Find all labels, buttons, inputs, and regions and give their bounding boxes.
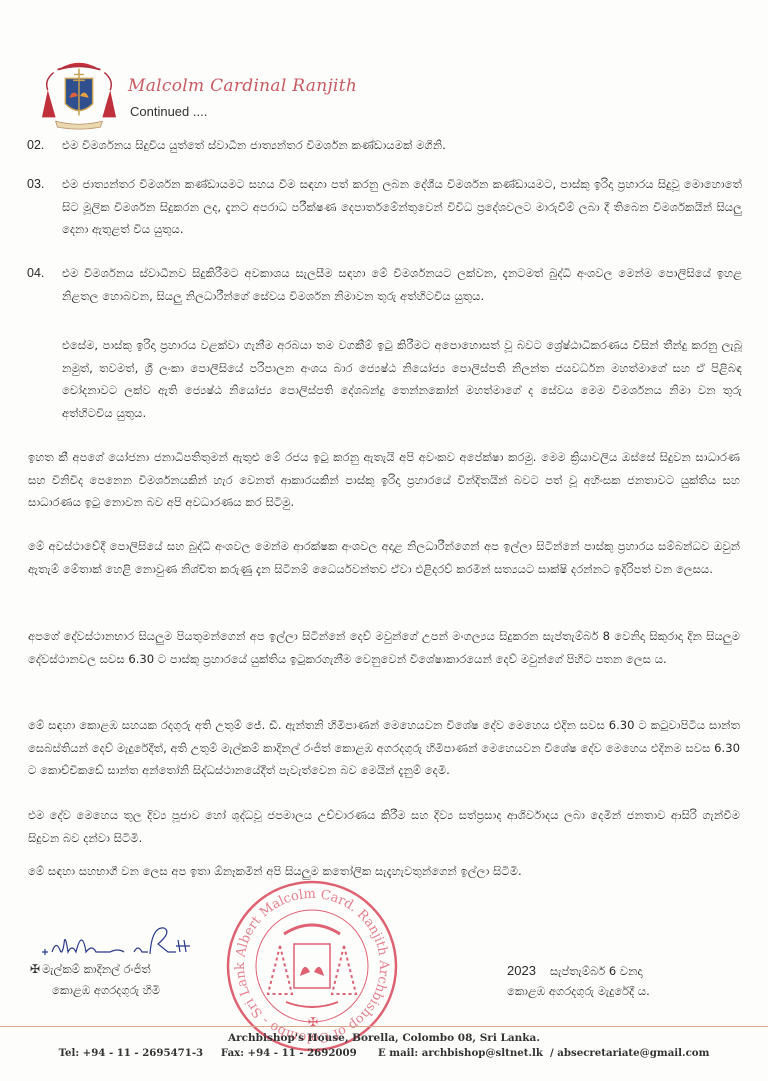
paragraph-suspension: එසේම, පාස්කු ඉරිදා ප්‍රහාරය වළක්වා ගැනීම…	[62, 334, 742, 424]
paragraph-clergy-appeal: අපගේ දේවස්ථානභාර සියලුම පියතුමන්ගෙන් අප …	[28, 625, 740, 670]
letter-place: කොළඹ අගරදගුරු මැදුරේදී ය.	[507, 984, 650, 999]
archbishop-seal-stamp-icon: Albert Malcolm Card. Ranjith Archbishop …	[222, 876, 402, 1056]
paragraph-officers-appeal: මේ අවස්ථාවේදී පොලිසියේ සහ බුද්ධි අංශවල ම…	[28, 535, 740, 580]
date-year: 2023	[507, 963, 536, 978]
footer-contact: Tel: +94 - 11 - 2695471-3 Fax: +94 - 11 …	[0, 1047, 768, 1059]
signatory-title: කොළඹ අගරදගුරු හිමි	[52, 983, 160, 998]
footer-fax: Fax: +94 - 11 - 2692009	[221, 1047, 357, 1059]
item-number: 04.	[27, 262, 44, 285]
item-04: 04. එම විමර්ශනය ස්වාධීනව සිදුකිරීමට අවකා…	[27, 262, 742, 307]
footer-email: E mail: archbishop@sltnet.lk / absecreta…	[378, 1047, 709, 1059]
item-number: 02.	[27, 134, 44, 157]
paragraph-service-details: එම දේව මෙහෙය තුල දිව්‍ය පූජාව හෝ ශුද්ධවූ…	[28, 804, 740, 849]
item-text: එම විමර්ශනය සිදුවිය යුත්තේ ස්වාධීන ජාත්‍…	[62, 134, 742, 157]
letter-page: Malcolm Cardinal Ranjith Continued .... …	[0, 0, 768, 1081]
item-number: 03.	[27, 173, 44, 196]
item-02: 02. එම විමර්ශනය සිදුවිය යුත්තේ ස්වාධීන ජ…	[27, 134, 742, 157]
item-text: එම විමර්ශනය ස්වාධීනව සිදුකිරීමට අවකාශය ස…	[62, 262, 742, 307]
handwritten-signature-icon	[38, 922, 198, 964]
paragraph-expectation: ඉහත කී අපගේ යෝජනා ජනාධිපතිතුමන් ඇතුළු මේ…	[28, 446, 740, 514]
footer-address: Archbishop's House, Borella, Colombo 08,…	[0, 1032, 768, 1044]
cross-icon: ✠	[30, 962, 40, 976]
coat-of-arms-icon	[40, 55, 118, 133]
paragraph-special-mass: මේ සඳහා කොළඹ සහයක රදගුරු අති උතුම් ජේ. ඩ…	[28, 714, 740, 782]
item-03: 03. එම ජාත්‍යන්තර විමර්ශන කණ්ඩායමට සහය ව…	[27, 173, 742, 241]
letter-date: 2023සැප්තැම්බර් 6 වනදා	[507, 963, 643, 979]
signatory-name-text: මැල්කම් කාදිනල් රංජිත්	[42, 962, 151, 976]
signatory-name: ✠මැල්කම් කාදිනල් රංජිත්	[30, 962, 151, 977]
continued-label: Continued ....	[130, 104, 207, 119]
item-text: එම ජාත්‍යන්තර විමර්ශන කණ්ඩායමට සහය වීම ස…	[62, 173, 742, 241]
footer-tel: Tel: +94 - 11 - 2695471-3	[59, 1047, 204, 1059]
date-day: සැප්තැම්බර් 6 වනදා	[550, 964, 643, 978]
footer-divider	[0, 1026, 768, 1027]
letterhead-name: Malcolm Cardinal Ranjith	[128, 76, 357, 96]
